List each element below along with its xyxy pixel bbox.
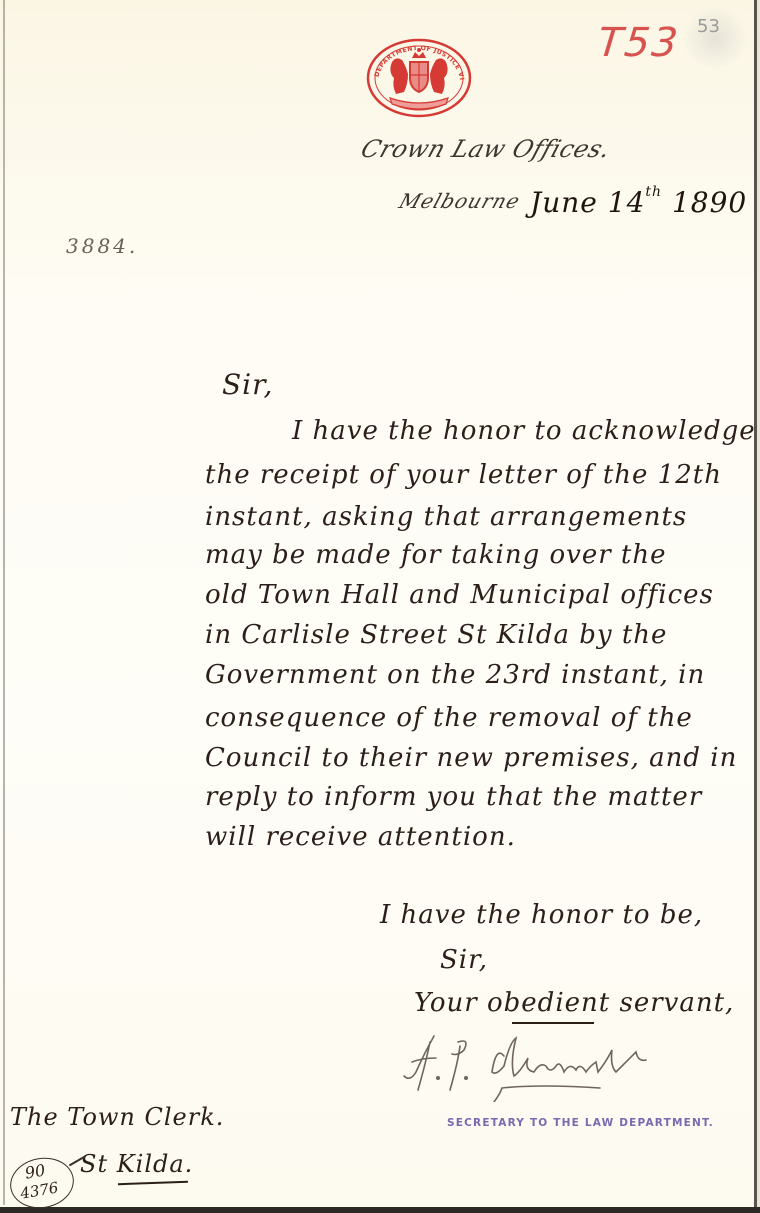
body-line: will receive attention. bbox=[205, 822, 516, 852]
closing-line-2: Sir, bbox=[440, 945, 488, 975]
body-line: may be made for taking over the bbox=[205, 540, 667, 570]
body-line: consequence of the removal of the bbox=[205, 703, 693, 733]
body-line: I have the honor to acknowledge bbox=[292, 416, 756, 446]
obedient-underline bbox=[512, 1022, 594, 1024]
circled-note-bottom: 4376 bbox=[19, 1178, 60, 1202]
reference-annotation-grey: 53 bbox=[697, 16, 720, 37]
date-year: 1890 bbox=[672, 186, 747, 219]
letterhead-place: Melbourne bbox=[396, 189, 524, 213]
body-line: old Town Hall and Municipal offices bbox=[205, 580, 714, 610]
body-line: Government on the 23rd instant, in bbox=[205, 660, 705, 690]
addressee-line-1: The Town Clerk. bbox=[10, 1103, 224, 1131]
page-bottom-edge bbox=[0, 1207, 760, 1213]
coat-of-arms-seal-icon: DEPARTMENT OF JUSTICE VICTORIA bbox=[366, 38, 472, 118]
addressee-line-2: St Kilda. bbox=[80, 1150, 193, 1178]
salutation: Sir, bbox=[222, 368, 273, 401]
body-line: in Carlisle Street St Kilda by the bbox=[205, 620, 667, 650]
circled-reference-note: 90 4376 bbox=[6, 1153, 78, 1213]
body-line: instant, asking that arrangements bbox=[205, 502, 687, 532]
reference-annotation-red: T53 bbox=[596, 20, 682, 66]
secretary-stamp: SECRETARY TO THE LAW DEPARTMENT. bbox=[447, 1117, 714, 1129]
addressee-underline bbox=[118, 1181, 188, 1185]
body-line: reply to inform you that the matter bbox=[205, 782, 702, 812]
date-day: June 14 bbox=[530, 186, 645, 219]
letter-page: DEPARTMENT OF JUSTICE VICTORIA T53 53 Cr… bbox=[0, 0, 760, 1213]
closing-line-1: I have the honor to be, bbox=[380, 900, 703, 930]
closing-line-3: Your obedient servant, bbox=[414, 988, 734, 1018]
date-suffix: th bbox=[645, 184, 662, 200]
body-line: the receipt of your letter of the 12th bbox=[205, 460, 722, 490]
body-line: Council to their new premises, and in bbox=[205, 743, 737, 773]
signature bbox=[400, 1032, 710, 1102]
letter-date: June 14th 1890 bbox=[530, 184, 747, 219]
letterhead-office: Crown Law Offices. bbox=[357, 135, 614, 163]
circled-note-top: 90 bbox=[23, 1160, 46, 1182]
file-number: 3884. bbox=[66, 234, 138, 258]
page-left-edge bbox=[3, 0, 5, 1205]
